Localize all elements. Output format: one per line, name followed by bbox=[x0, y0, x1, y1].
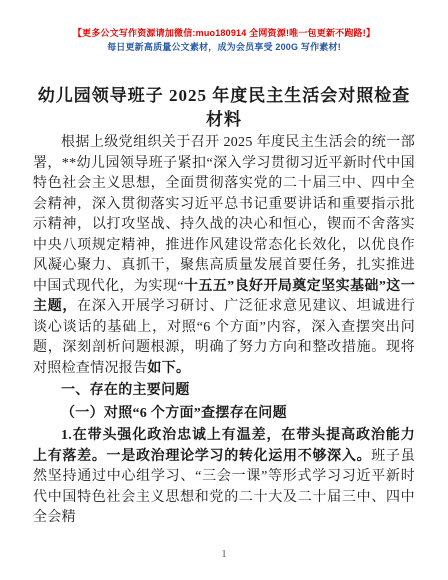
paragraph-intro: 根据上级党组织关于召开 2025 年度民主生活会的统一部署，**幼儿园领导班子紧… bbox=[33, 133, 415, 379]
document-page: 【更多公文写作资源请加微信:muo180914 全网资源!唯一包更新不跑路!】 … bbox=[0, 0, 448, 580]
promo-line-1: 【更多公文写作资源请加微信:muo180914 全网资源!唯一包更新不跑路!】 bbox=[0, 26, 448, 39]
document-title: 幼儿园领导班子 2025 年度民主生活会对照检查材料 bbox=[36, 84, 412, 132]
promo-line-2: 每日更新高质量公文素材，成为会员享受 200G 写作素材! bbox=[0, 40, 448, 53]
paragraph-item-1: 1.在带头强化政治忠诚上有温差，在带头提高政治能力上有落差。一是政治理论学习的转… bbox=[33, 426, 415, 529]
subsection-heading-1: （一）对照“6 个方面”查摆存在问题 bbox=[33, 404, 415, 425]
page-number: 1 bbox=[0, 549, 448, 560]
document-body: 根据上级党组织关于召开 2025 年度民主生活会的统一部署，**幼儿园领导班子紧… bbox=[33, 133, 415, 529]
section-heading-1: 一、存在的主要问题 bbox=[33, 381, 415, 402]
